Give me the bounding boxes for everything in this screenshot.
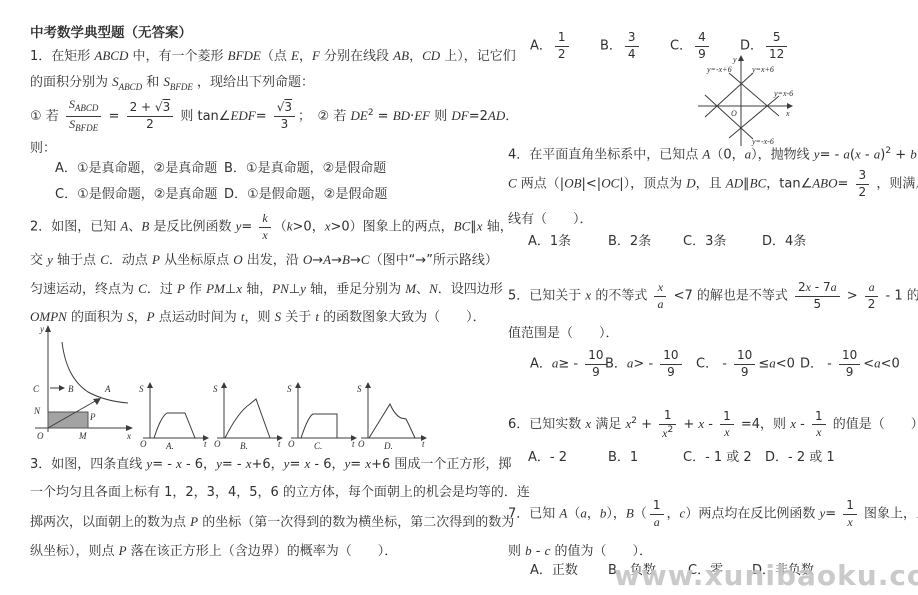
y-axis-arrowhead xyxy=(738,55,744,61)
p3-line2: 一个均匀且各面上标有 1，2，3，4，5，6 的立方体，每个面朝上的机会是均等的… xyxy=(30,485,530,502)
p4-option-b: B．2条 xyxy=(608,234,651,251)
p3-option-b-label: B． xyxy=(600,39,622,54)
p1-option-c: C．①是假命题，②是真命题 xyxy=(55,187,217,204)
p4-line1: 4．在平面直角坐标系中，已知点 A（0，a），抛物线 y= - a(x - a)… xyxy=(508,146,918,164)
p4-option-d: D．4条 xyxy=(762,234,806,251)
p3-option-a-label: A． xyxy=(530,39,552,54)
fig2-a-label: A xyxy=(104,384,111,394)
p5-line2: 值范围是（ ）． xyxy=(508,326,619,343)
fig3-x-label: x xyxy=(785,109,790,118)
graph-a-s-label: S xyxy=(139,384,144,394)
p4-line2: C 两点（|OB|<|OC|），顶点为 D，且 AD∥BC，tan∠ABO= 3… xyxy=(508,168,918,200)
p1-option-a: A．①是真命题，②是真命题 xyxy=(55,161,217,178)
p3-option-a-den: 2 xyxy=(555,47,569,63)
fig2-c-label: C xyxy=(33,384,40,394)
p3-option-a: A．12 xyxy=(530,30,572,62)
p1-option-b: B．①是真命题，②是假命题 xyxy=(224,161,386,178)
graph-b-s-label: S xyxy=(213,384,218,394)
fig2-o-label: O xyxy=(37,431,44,441)
p5-option-c: C． - 109≤a<0 xyxy=(696,348,795,380)
c-to-b-arrowhead xyxy=(59,385,65,391)
graph-a-curve xyxy=(154,413,195,438)
graph-b-caption: B. xyxy=(240,441,248,450)
p2-line3: 匀速运动，终点为 C．过 P 作 PM⊥x 轴，PN⊥y 轴，垂足分别为 M、N… xyxy=(30,281,503,299)
graph-c-o-label: O xyxy=(288,439,295,449)
graph-a-t-label: t xyxy=(204,439,207,449)
graph-a-o-label: O xyxy=(140,439,147,449)
fig2-x-label: x xyxy=(126,431,131,441)
p7-option-a: A．正数 xyxy=(530,563,578,580)
fig2-y-label: y xyxy=(39,324,44,334)
fig3-label-neg-x-minus-6: y=-x-6 xyxy=(751,137,774,146)
p1-option-d: D．①是假命题，②是假命题 xyxy=(224,187,387,204)
fig2-b-label: B xyxy=(68,384,74,394)
shaded-rectangle-ompn xyxy=(48,412,88,428)
graph-d-s-label: S xyxy=(357,384,362,394)
fig2-n-label: N xyxy=(33,406,41,416)
fig3-label-x-plus-6: y=x+6 xyxy=(751,65,774,74)
site-watermark: www.xunibaoku.com xyxy=(614,559,918,592)
p2-figure: y x O C B N P A M xyxy=(25,322,137,450)
fig3-label-neg-x-plus-6: y=-x+6 xyxy=(706,65,732,74)
p3-figure: y x O y=-x+6 y=x+6 y=x-6 y=-x-6 xyxy=(640,52,810,152)
p1-line1: 1．在矩形 ABCD 中，有一个菱形 BFDE（点 E，F 分别在线段 AB，C… xyxy=(30,48,516,66)
p3-line4: 纵坐标），则点 P 落在该正方形上（含边界）的概率为（ ）． xyxy=(30,543,397,561)
graph-b-curve xyxy=(225,399,270,438)
answer-graph-b: S O t B. xyxy=(210,380,288,450)
answer-graph-d: S O t D. xyxy=(354,380,432,450)
p4-option-c: C．3条 xyxy=(683,234,726,251)
p1-formula: ① 若 SABCDSBFDE = 2 + √32 则 tan∠EDF= √33；… xyxy=(30,97,518,136)
line-y-eq-neg-x-minus-6 xyxy=(705,95,753,139)
p6-option-c: C．- 1 或 2 xyxy=(683,450,752,467)
graph-d-caption: D. xyxy=(383,441,393,450)
exam-page: { "page": { "title": "中考数学典型题（无答案）", "wa… xyxy=(0,0,918,595)
graph-c-caption: C. xyxy=(314,441,322,450)
answer-graph-c: S O t C. xyxy=(284,380,362,450)
p3-option-b-num: 3 xyxy=(625,30,639,47)
graph-b-o-label: O xyxy=(214,439,221,449)
p3-line1: 3．如图，四条直线 y= - x - 6，y= - x+6，y= x - 6，y… xyxy=(30,456,511,474)
graph-c-curve xyxy=(301,414,337,438)
answer-graph-a: S O t A. xyxy=(136,380,214,450)
p4-option-a: A．1条 xyxy=(528,234,571,251)
p6-option-a: A．- 2 xyxy=(528,450,567,467)
p1-then: 则： xyxy=(30,141,56,158)
graph-a-caption: A. xyxy=(165,441,174,450)
p5-line1: 5．已知关于 x 的不等式 xa <7 的解也是不等式 2x - 7a5 > a… xyxy=(508,280,918,312)
p3-line3: 掷两次，以面朝上的数为点 P 的坐标（第一次得到的数为横坐标，第二次得到的数为 xyxy=(30,514,514,532)
graph-d-t-label: t xyxy=(422,439,425,449)
p6-line1: 6．已知实数 x 满足 x2 + 1x2 + x - 1x =4，则 x - 1… xyxy=(508,408,918,441)
p3-option-b-den: 4 xyxy=(625,47,639,63)
p5-option-d: D． - 109<a<0 xyxy=(800,348,900,380)
fig2-m-label: M xyxy=(78,431,87,441)
p6-option-d: D．- 2 或 1 xyxy=(765,450,835,467)
fig3-o-label: O xyxy=(731,109,737,118)
p2-line2: 交 y 轴于点 C．动点 P 从坐标原点 O 出发，沿 O→A→B→C（图中“→… xyxy=(30,252,498,270)
graph-c-s-label: S xyxy=(287,384,292,394)
p3-option-d-num: 5 xyxy=(766,30,787,47)
line-y-eq-x-plus-6 xyxy=(705,73,753,117)
p3-option-b: B．34 xyxy=(600,30,642,62)
fig3-label-x-minus-6: y=x-6 xyxy=(773,89,793,98)
fig3-y-label: y xyxy=(732,55,737,64)
p3-option-a-num: 1 xyxy=(555,30,569,47)
p4-line3: 线有（ ）． xyxy=(508,212,593,229)
p5-option-b: B．a> - 109 xyxy=(605,348,685,380)
graph-d-o-label: O xyxy=(358,439,365,449)
p6-option-b: B．1 xyxy=(608,450,638,467)
fig2-p-label: P xyxy=(89,412,96,422)
graph-b-t-label: t xyxy=(278,439,281,449)
p7-line1: 7．已知 A（a，b），B（1a，c）两点均在反比例函数 y= 1x 图象上，且… xyxy=(508,498,918,530)
p1-line2: 的面积分别为 SABCD 和 SBFDE ，现给出下列命题： xyxy=(30,74,314,94)
y-axis-arrowhead xyxy=(45,325,51,332)
p3-option-c-num: 4 xyxy=(695,30,709,47)
p2-line1: 2．如图，已知 A、B 是反比例函数 y= kx（k>0，x>0）图象上的两点，… xyxy=(30,211,513,243)
graph-d-curve xyxy=(369,404,415,438)
page-title: 中考数学典型题（无答案） xyxy=(30,21,192,41)
p5-option-a: A．a≥ - 109 xyxy=(530,348,610,380)
